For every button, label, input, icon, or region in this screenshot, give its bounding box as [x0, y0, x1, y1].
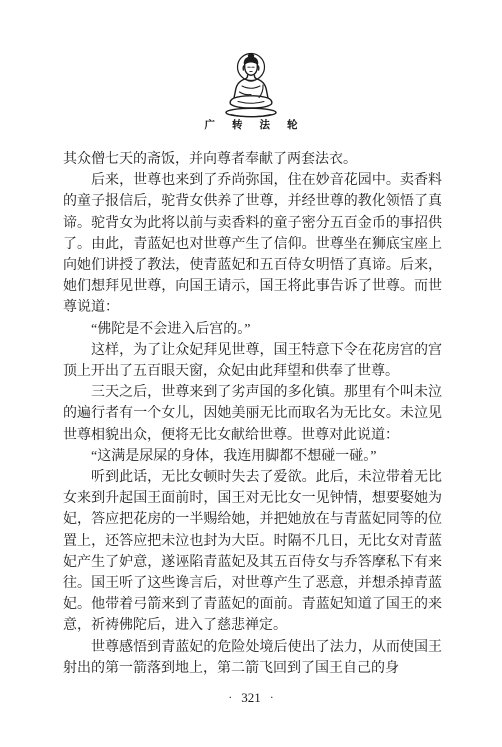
- page-number-footer: ·321·: [0, 690, 502, 706]
- paragraph: 三天之后，世尊来到了劣声国的多化镇。那里有个叫未泣的遍行者有一个女儿，因她美丽无…: [63, 382, 442, 446]
- book-page: 广转法轮 其众僧七天的斋饭，并向尊者奉献了两套法衣。 后来，世尊也来到了乔尚弥国…: [0, 0, 502, 747]
- chapter-title: 广转法轮: [0, 117, 502, 132]
- paragraph: 世尊感悟到青蓝妃的危险处境后使出了法力，从而使国王射出的第一箭落到地上，第二箭飞…: [63, 637, 442, 679]
- footer-dot-left: ·: [228, 690, 232, 705]
- buddha-illustration: [205, 48, 297, 120]
- paragraph: 其众僧七天的斋饭，并向尊者奉献了两套法衣。: [63, 149, 442, 170]
- paragraph: 后来，世尊也来到了乔尚弥国，住在妙音花园中。卖香料的童子报信后，驼背女供养了世尊…: [63, 170, 442, 318]
- paragraph: “佛陀是不会进入后宫的。”: [63, 319, 442, 340]
- paragraph: 这样，为了让众妃拜见世尊，国王特意下令在花房宫的宫顶上开出了五百眼天窗，众妃由此…: [63, 340, 442, 382]
- paragraph: 听到此话，无比女顿时失去了爱欲。此后，未泣带着无比女来到升起国王面前时，国王对无…: [63, 467, 442, 637]
- paragraph: “这满是尿屎的身体，我连用脚都不想碰一碰。”: [63, 446, 442, 467]
- body-text: 其众僧七天的斋饭，并向尊者奉献了两套法衣。 后来，世尊也来到了乔尚弥国，住在妙音…: [63, 149, 442, 679]
- footer-dot-right: ·: [270, 690, 274, 705]
- page-number: 321: [241, 690, 261, 705]
- seated-buddha-icon: [205, 48, 297, 120]
